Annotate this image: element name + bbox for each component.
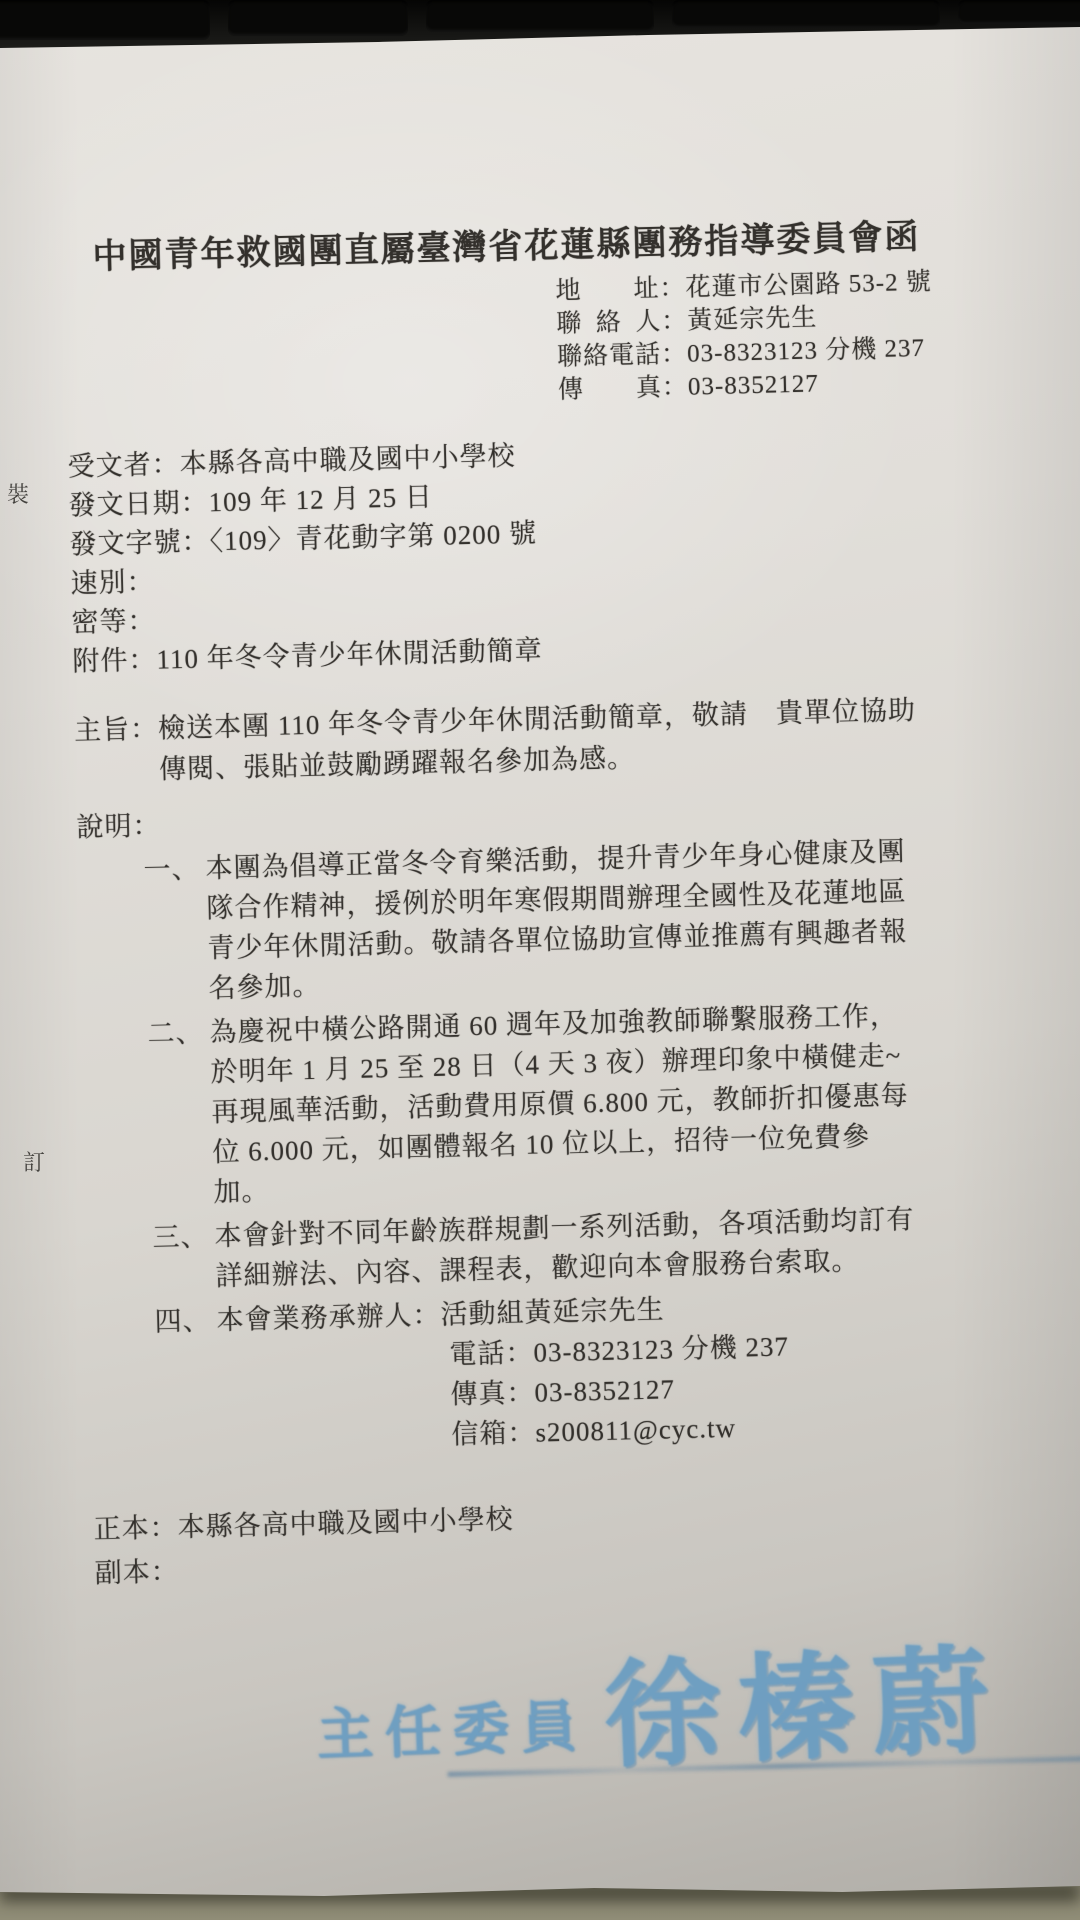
contact-label: 地 址： [555, 275, 686, 305]
field-label: 電話： [449, 1338, 534, 1370]
item-number: 四、 [154, 1300, 220, 1461]
keyboard-key [426, 0, 654, 32]
explanation-item-2: 二、 為慶祝中橫公路開通 60 週年及加強教師聯繫服務工作，於明年 1 月 25… [81, 994, 974, 1216]
field-label: 正本： [93, 1512, 178, 1544]
chairman-signature-stamp: 主任委員 徐榛蔚 [315, 1646, 988, 1782]
field-label: 附件： [72, 645, 157, 677]
copies-block: 正本：本縣各高中職及國中小學校 副本： [93, 1486, 983, 1596]
official-letter: 中國青年救國團直屬臺灣省花蓮縣團務指導委員會函 地 址：花蓮市公園路 53-2 … [62, 217, 988, 1787]
item-text-content: 為慶祝中橫公路開通 60 週年及加強教師聯繫服務工作，於明年 1 月 25 至 … [209, 1001, 909, 1208]
contact-value: 花蓮市公園路 53-2 號 [685, 269, 932, 302]
item-text: 本會針對不同年齡族群規劃一系列活動，各項活動均訂有詳細辦法、內容、課程表，歡迎向… [214, 1199, 922, 1296]
item-text: 本會業務承辦人：活動組黃延宗先生 電話：03-8323123 分機 237 傳真… [216, 1283, 926, 1460]
item-text-content: 本團為倡導正當冬令育樂活動，提升青少年身心健康及團隊合作精神，援例於明年寒假期間… [205, 836, 907, 1003]
agency-contact-block: 地 址：花蓮市公園路 53-2 號 聯 絡 人：黃延宗先生 聯絡電話：03-83… [555, 265, 954, 407]
contact-label: 傳 真： [558, 374, 689, 404]
subject-block: 主旨： 檢送本團 110 年冬令青少年休閒活動簡章，敬請 貴單位協助傳閱、張貼並… [74, 689, 964, 793]
signature-title: 主任委員 [315, 1682, 590, 1771]
item-text-content: 本會針對不同年齡族群規劃一系列活動，各項活動均訂有詳細辦法、內容、課程表，歡迎向… [214, 1204, 915, 1291]
field-label: 發文日期： [68, 487, 209, 520]
field-value: 109 年 12 月 25 日 [208, 482, 433, 517]
keyboard-key [958, 0, 1080, 24]
keyboard-key [228, 0, 408, 36]
field-value: 03-8352127 [534, 1374, 675, 1407]
keyboard-key [0, 0, 210, 40]
field-label: 信箱： [451, 1418, 536, 1450]
binding-mark-ding: 訂 [23, 1146, 45, 1177]
field-label: 速別： [70, 567, 155, 599]
field-label: 傳真： [450, 1378, 535, 1410]
contact-label: 聯 絡 人： [556, 308, 688, 338]
item-number: 二、 [147, 1012, 214, 1213]
binding-mark-zhuang: 裝 [7, 478, 29, 509]
item-text-content: 本會業務承辦人：活動組黃延宗先生 [216, 1294, 665, 1335]
keyboard-key [672, 0, 940, 28]
letter-header-fields: 受文者：本縣各高中職及國中小學校 發文日期：109 年 12 月 25 日 發文… [67, 426, 960, 682]
field-label: 受文者： [67, 449, 180, 482]
contact-value: 黃延宗先生 [687, 304, 818, 334]
item-text: 為慶祝中橫公路開通 60 週年及加強教師聯繫服務工作，於明年 1 月 25 至 … [209, 995, 920, 1212]
field-label: 發文字號： [69, 526, 210, 559]
field-label: 副本： [94, 1556, 179, 1588]
field-value: s200811@cyc.tw [535, 1413, 736, 1448]
field-value: 本縣各高中職及國中小學校 [179, 441, 516, 479]
field-value: 03-8323123 分機 237 [533, 1331, 789, 1367]
signature-name: 徐榛蔚 [602, 1642, 1009, 1779]
subject-label: 主旨： [74, 709, 160, 793]
item-number: 一、 [143, 849, 209, 1010]
field-value: 110 年冬令青少年休閒活動簡章 [156, 635, 543, 674]
photo-of-document: 裝 訂 中國青年救國團直屬臺灣省花蓮縣團務指導委員會函 地 址：花蓮市公園路 5… [0, 0, 1080, 1920]
contact-value: 03-8352127 [688, 370, 819, 400]
explanation-items: 一、 本團為倡導正當冬令育樂活動，提升青少年身心健康及團隊合作精神，援例於明年寒… [77, 830, 980, 1464]
item-text: 本團為倡導正當冬令育樂活動，提升青少年身心健康及團隊合作精神，援例於明年寒假期間… [205, 831, 915, 1008]
subject-text: 檢送本團 110 年冬令青少年休閒活動簡章，敬請 貴單位協助傳閱、張貼並鼓勵踴躍… [158, 690, 920, 791]
contact-value: 03-8323123 分機 237 [687, 335, 925, 368]
paper-sheet: 裝 訂 中國青年救國團直屬臺灣省花蓮縣團務指導委員會函 地 址：花蓮市公園路 5… [0, 0, 1080, 1910]
contact-label: 聯絡電話： [557, 341, 688, 371]
field-label: 密等： [71, 606, 156, 638]
explanation-item-4: 四、 本會業務承辦人：活動組黃延宗先生 電話：03-8323123 分機 237… [88, 1282, 980, 1464]
explanation-item-1: 一、 本團為倡導正當冬令育樂活動，提升青少年身心健康及團隊合作精神，援例於明年寒… [77, 830, 969, 1012]
item-number: 三、 [152, 1216, 216, 1297]
field-value: 本縣各高中職及國中小學校 [177, 1504, 514, 1542]
field-value: 〈109〉青花動字第 0200 號 [209, 518, 537, 556]
